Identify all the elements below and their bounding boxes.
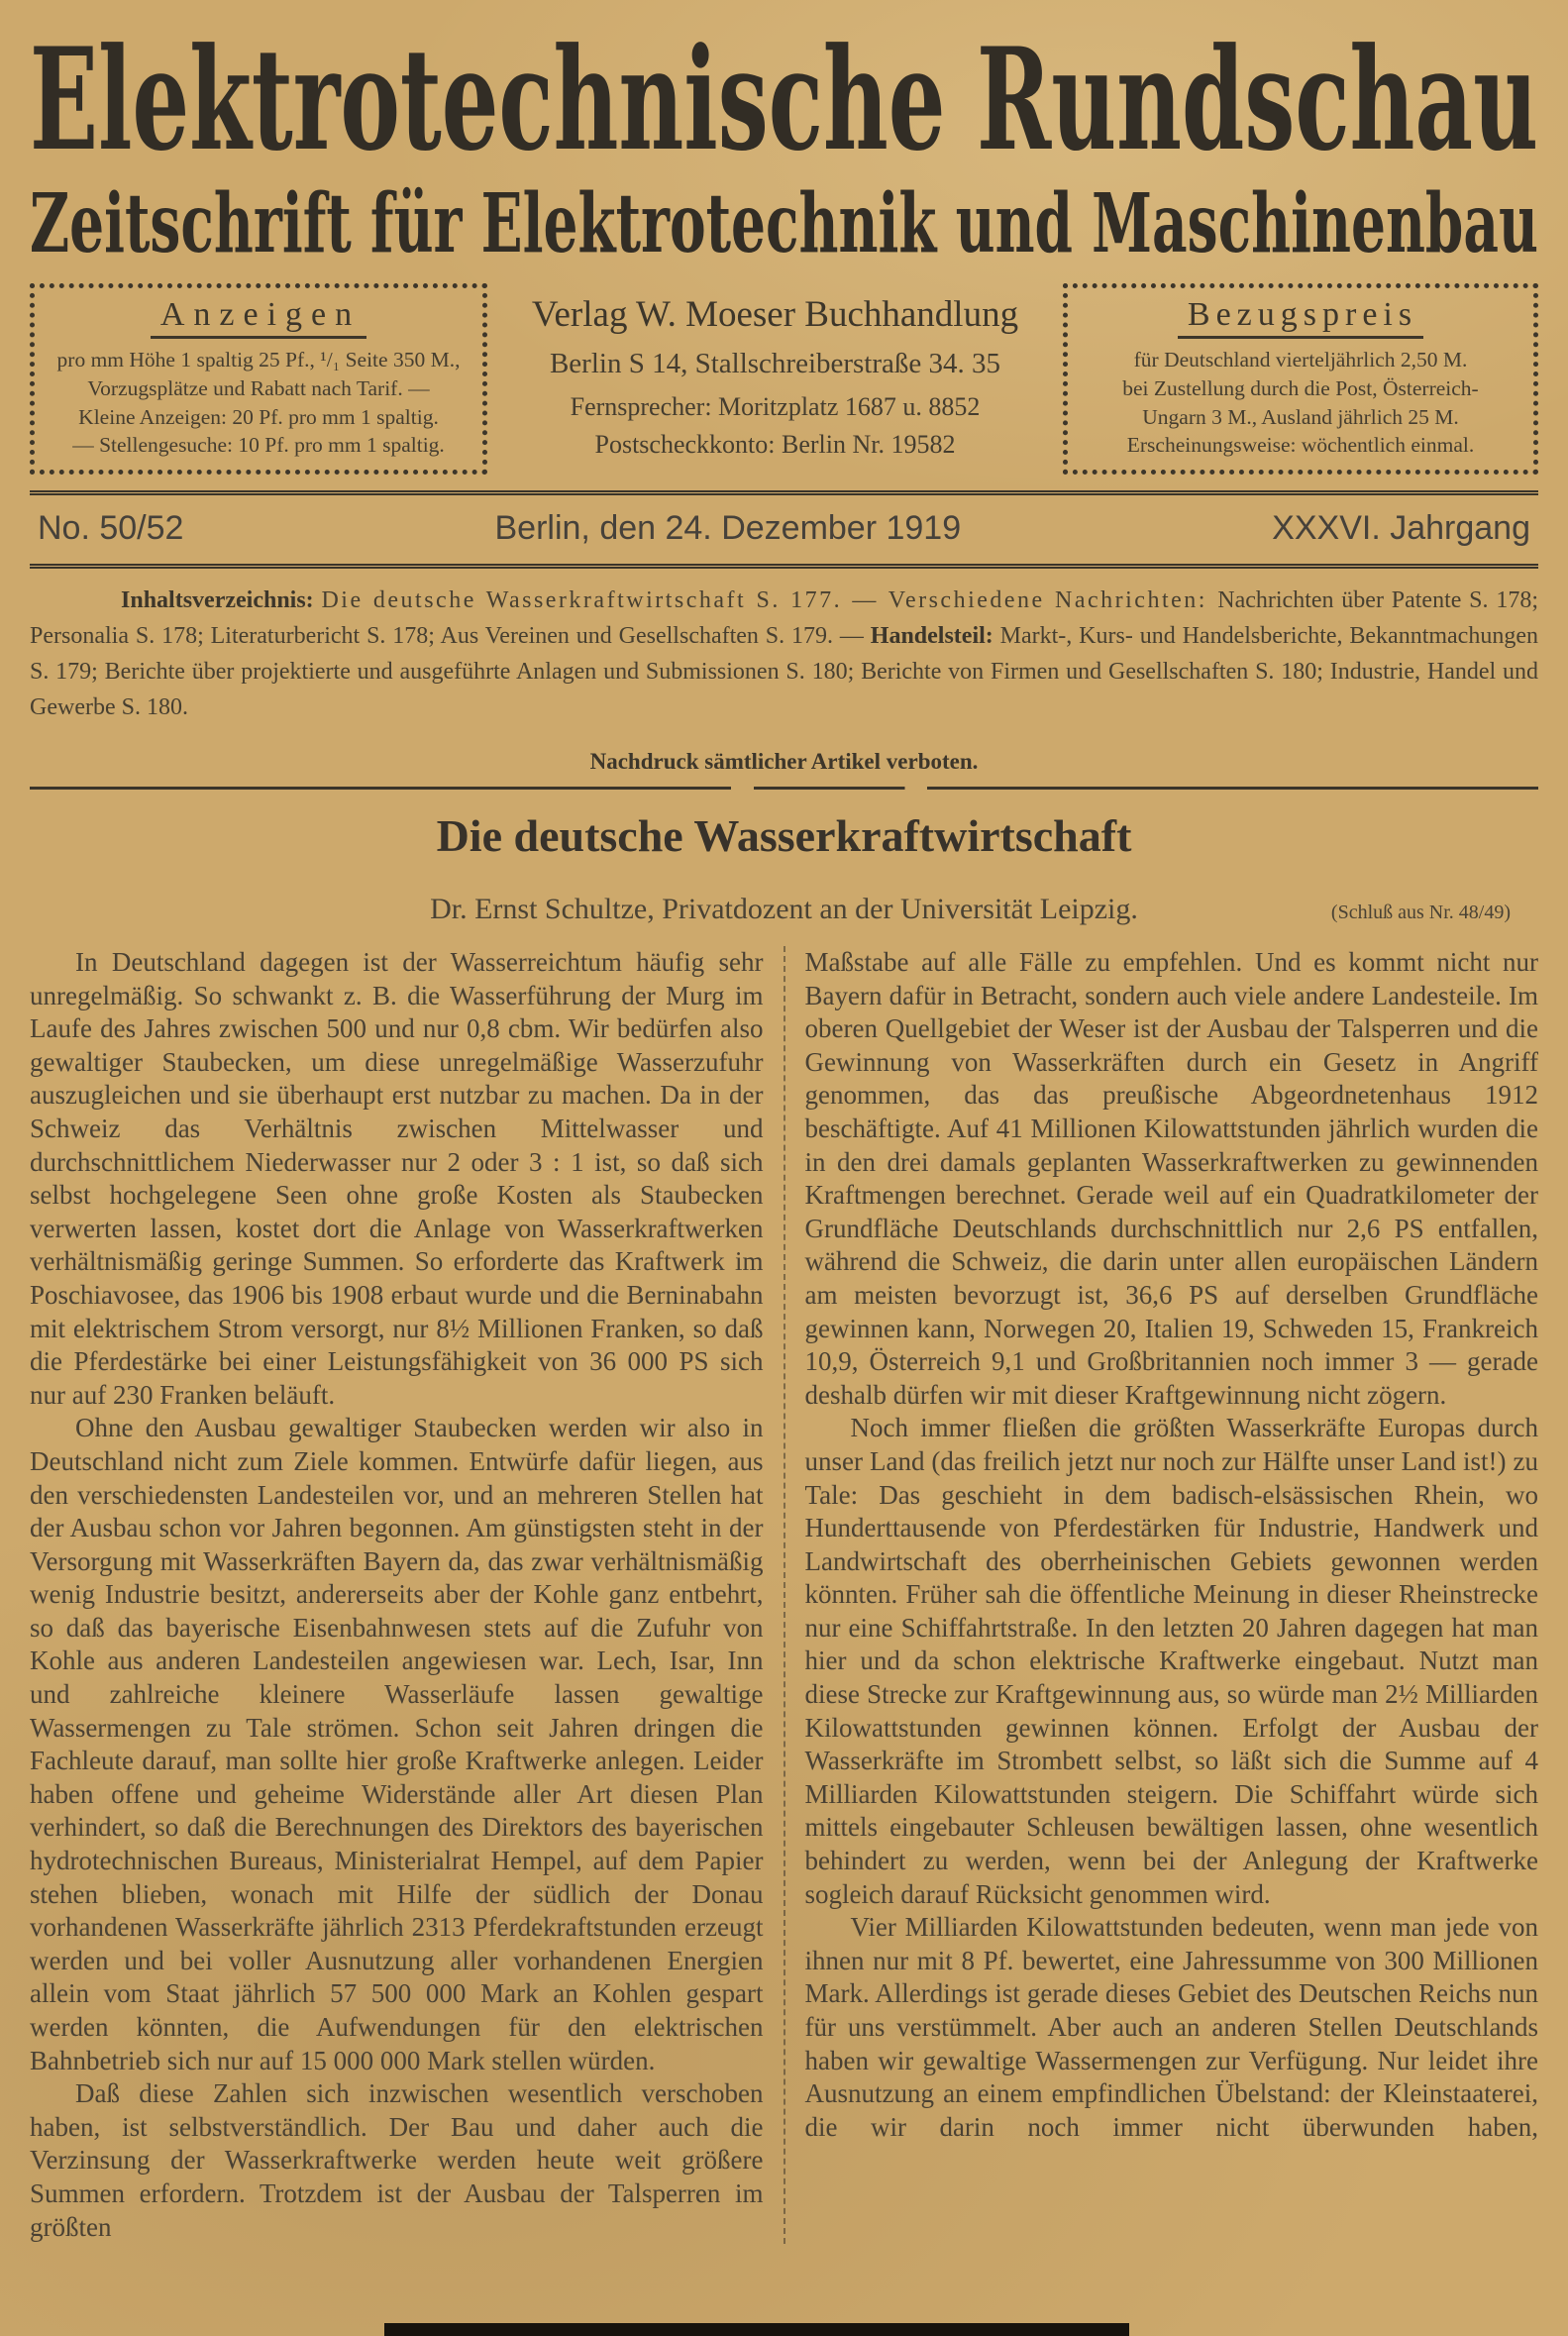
- issue-bar: No. 50/52 Berlin, den 24. Dezember 1919 …: [30, 490, 1538, 569]
- anzeigen-lines: pro mm Höhe 1 spaltig 25 Pf., ¹/₁ Seite …: [51, 346, 467, 460]
- toc-segment: Inhaltsverzeichnis:: [121, 587, 321, 613]
- journal-subtitle: Zeitschrift für Elektrotechnik und Masch…: [30, 176, 1538, 269]
- publisher-name: Verlag W. Moeser Buchhandlung: [511, 293, 1039, 336]
- anzeigen-line: — Stellengesuche: 10 Pf. pro mm 1 spalti…: [51, 431, 467, 460]
- bezugspreis-lines: für Deutschland vierteljährlich 2,50 M.b…: [1084, 346, 1517, 460]
- publisher-address: Berlin S 14, Stallschreiberstraße 34. 35: [511, 348, 1039, 380]
- publisher-postal-account: Postscheckkonto: Berlin Nr. 19582: [511, 430, 1039, 460]
- article-title: Die deutsche Wasserkraftwirtschaft: [30, 809, 1538, 862]
- toc-segment: Handelsteil:: [871, 623, 1000, 649]
- anzeigen-line: pro mm Höhe 1 spaltig 25 Pf., ¹/₁ Seite …: [51, 346, 467, 374]
- section-rule: [30, 787, 1538, 790]
- left-column: In Deutschland dagegen ist der Wasserrei…: [30, 946, 785, 2244]
- bezugspreis-line: für Deutschland vierteljährlich 2,50 M.: [1084, 346, 1517, 374]
- journal-title-art: Elektrotechnische Rundschau: [30, 16, 1538, 172]
- body-paragraph: Vier Milliarden Kilowattstunden bedeuten…: [805, 1911, 1539, 2144]
- page-content: Elektrotechnische Rundschau Zeitschrift …: [0, 0, 1568, 2244]
- publisher-box: Verlag W. Moeser Buchhandlung Berlin S 1…: [487, 283, 1063, 475]
- bezugspreis-line: Ungarn 3 M., Ausland jährlich 25 M.: [1084, 403, 1517, 432]
- journal-subtitle-art: Zeitschrift für Elektrotechnik und Masch…: [30, 174, 1538, 269]
- bezugspreis-line: bei Zustellung durch die Post, Österreic…: [1084, 374, 1517, 403]
- table-of-contents: Inhaltsverzeichnis: Die deutsche Wasserk…: [30, 583, 1538, 725]
- bezugspreis-heading: Bezugspreis: [1178, 296, 1423, 339]
- body-paragraph: Ohne den Ausbau gewaltiger Staubecken we…: [30, 1412, 764, 2077]
- article-body: In Deutschland dagegen ist der Wasserrei…: [30, 946, 1538, 2244]
- body-paragraph: Maßstabe auf alle Fälle zu empfehlen. Un…: [805, 946, 1539, 1412]
- bezugspreis-box: Bezugspreis für Deutschland vierteljährl…: [1063, 283, 1538, 475]
- publisher-phone: Fernsprecher: Moritzplatz 1687 u. 8852: [511, 392, 1039, 422]
- newspaper-page: Elektrotechnische Rundschau Zeitschrift …: [0, 0, 1568, 2336]
- body-paragraph: Noch immer fließen die größten Wasserkrä…: [805, 1412, 1539, 1911]
- issue-number: No. 50/52: [38, 509, 183, 548]
- issue-volume: XXXVI. Jahrgang: [1272, 509, 1530, 548]
- article-byline-row: Dr. Ernst Schultze, Privatdozent an der …: [30, 893, 1538, 926]
- bezugspreis-line: Erscheinungsweise: wöchentlich einmal.: [1084, 431, 1517, 460]
- anzeigen-line: Kleine Anzeigen: 20 Pf. pro mm 1 spaltig…: [51, 403, 467, 432]
- anzeigen-line: Vorzugsplätze und Rabatt nach Tarif. —: [51, 374, 467, 403]
- scan-artifact-bar: [384, 2323, 1129, 2336]
- issue-date: Berlin, den 24. Dezember 1919: [183, 509, 1272, 548]
- right-column: Maßstabe auf alle Fälle zu empfehlen. Un…: [785, 946, 1539, 2244]
- body-paragraph: Daß diese Zahlen sich inzwischen wesentl…: [30, 2077, 764, 2244]
- masthead: Elektrotechnische Rundschau Zeitschrift …: [30, 16, 1538, 269]
- article-author: Dr. Ernst Schultze, Privatdozent an der …: [430, 893, 1138, 925]
- journal-title: Elektrotechnische Rundschau: [30, 18, 1538, 172]
- continuation-note: (Schluß aus Nr. 48/49): [1331, 902, 1511, 924]
- info-boxes-row: Anzeigen pro mm Höhe 1 spaltig 25 Pf., ¹…: [30, 283, 1538, 475]
- toc-segment: Die deutsche Wasserkraftwirtschaft S. 17…: [321, 587, 1217, 613]
- reprint-notice: Nachdruck sämtlicher Artikel verboten.: [30, 749, 1538, 775]
- body-paragraph: In Deutschland dagegen ist der Wasserrei…: [30, 946, 764, 1412]
- anzeigen-heading: Anzeigen: [151, 296, 366, 339]
- anzeigen-box: Anzeigen pro mm Höhe 1 spaltig 25 Pf., ¹…: [30, 283, 487, 475]
